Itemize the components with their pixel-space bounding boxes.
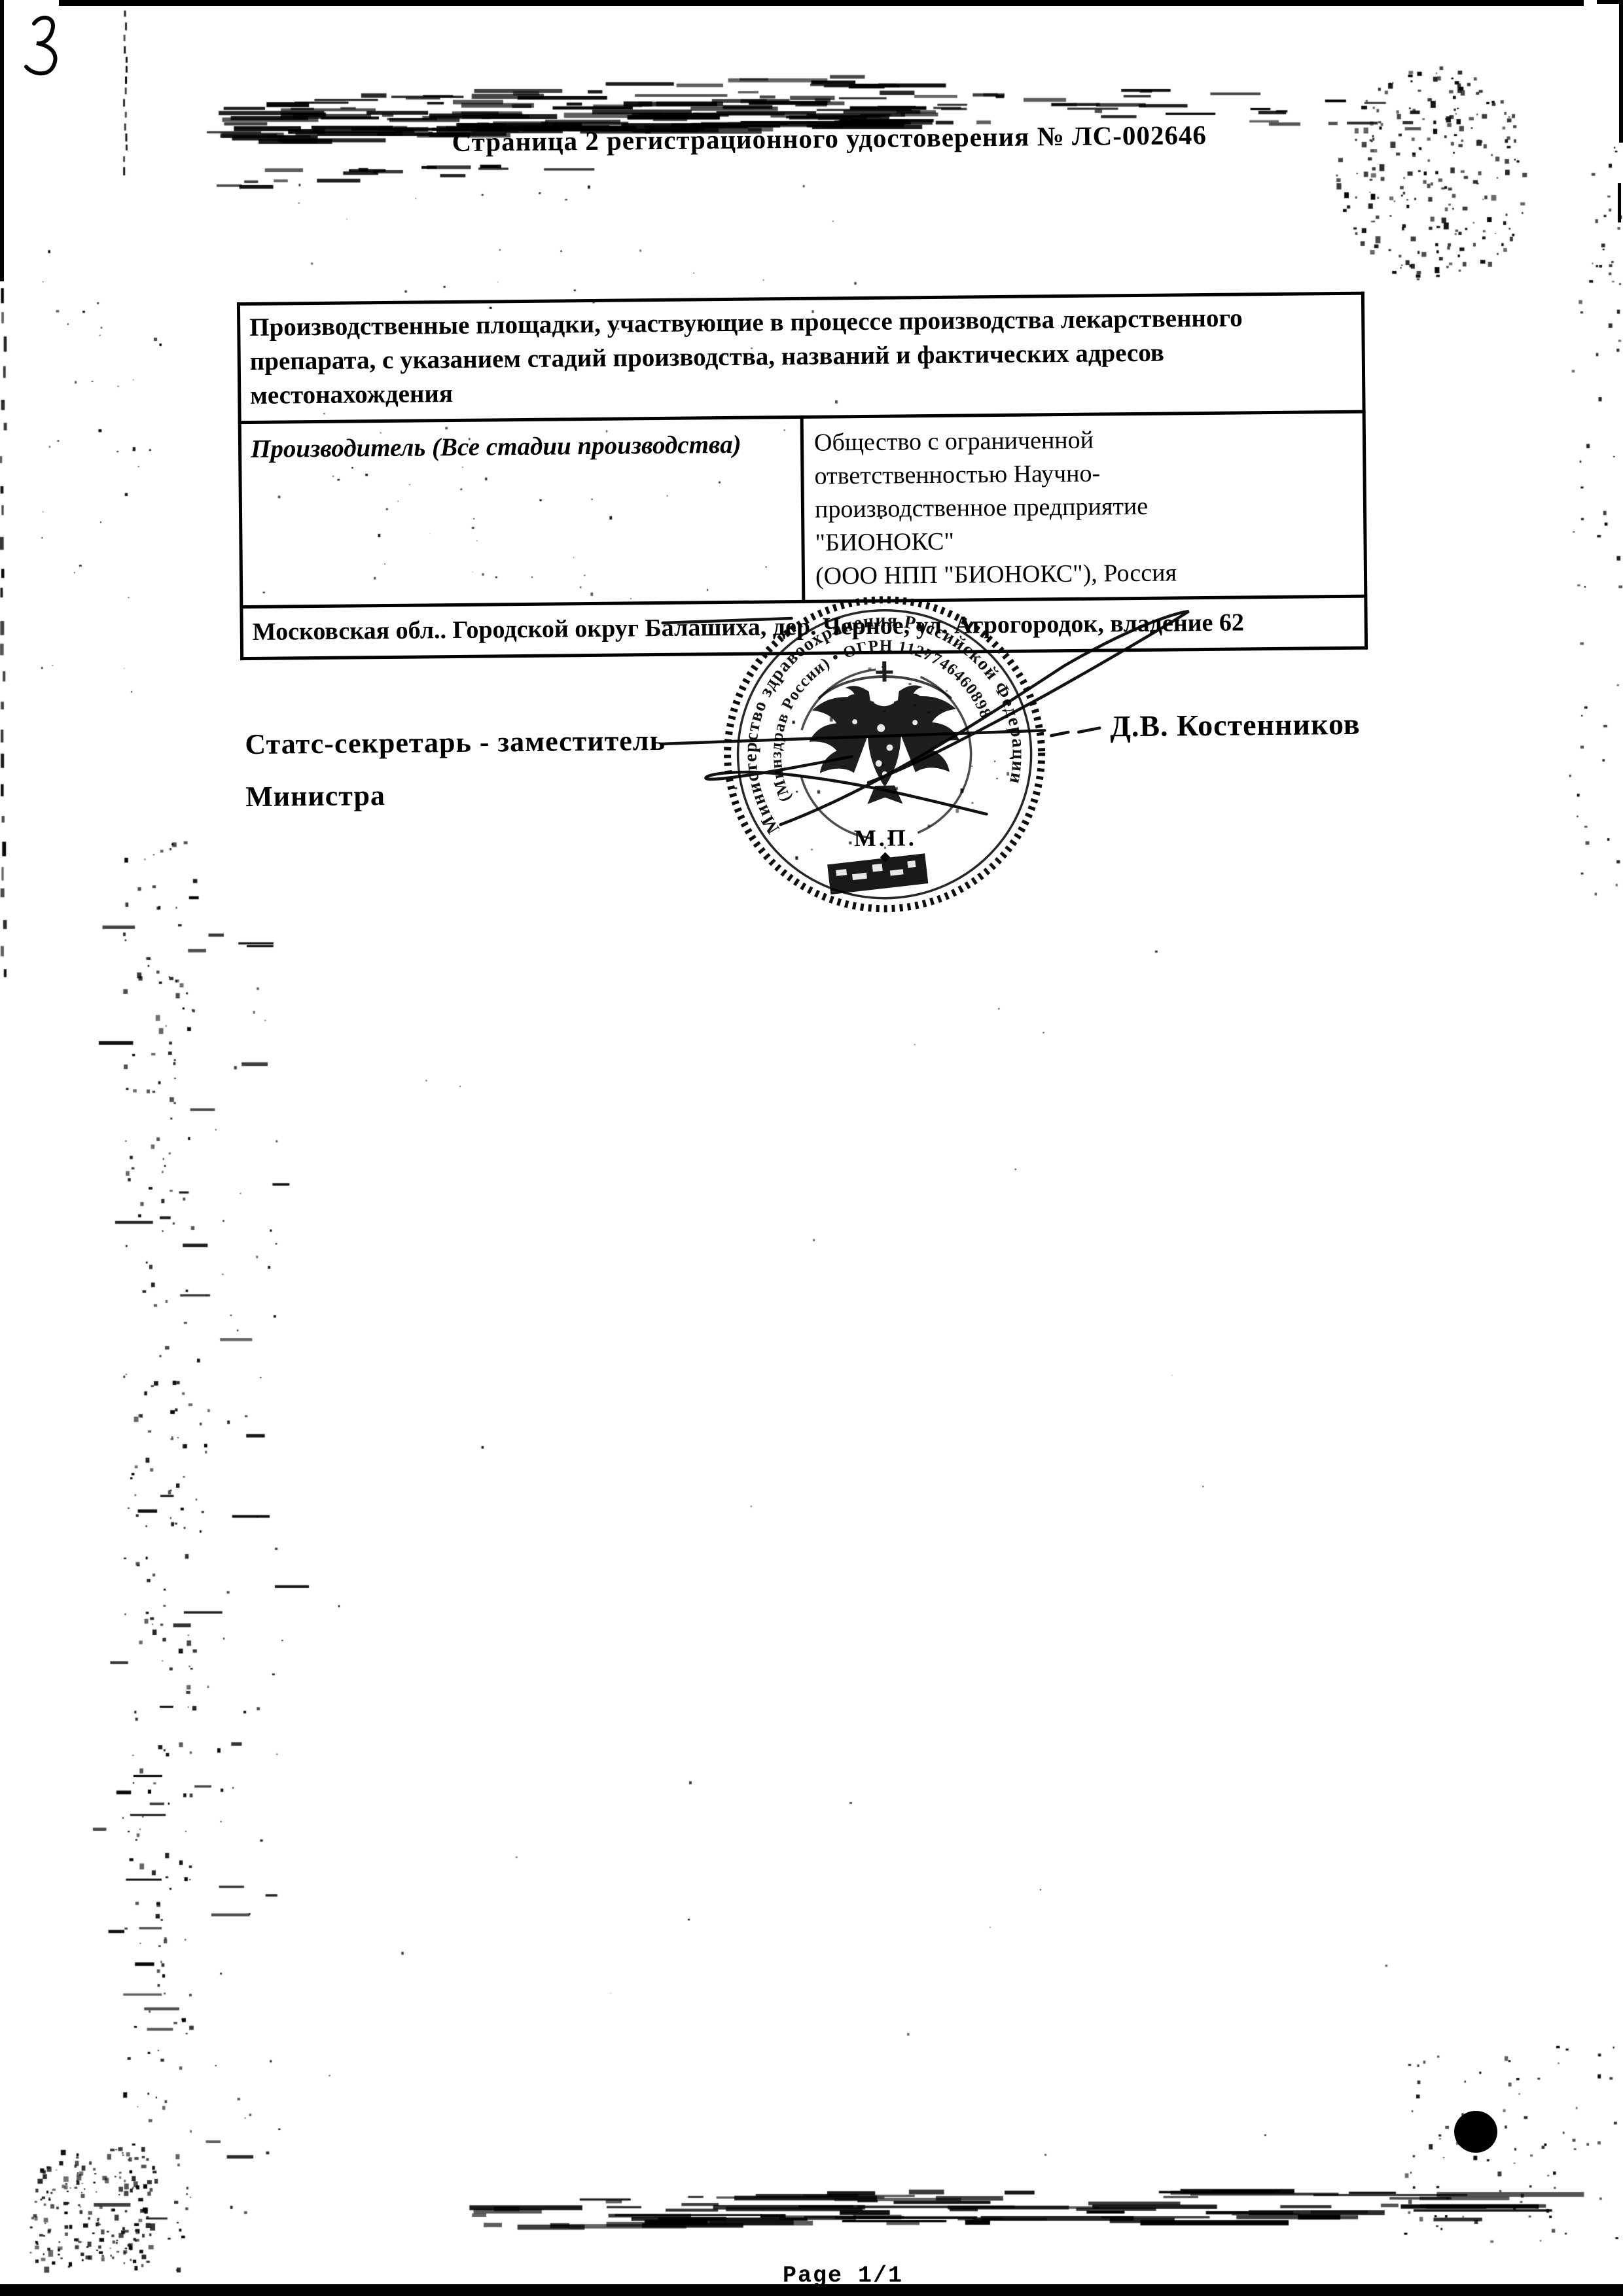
scanned-certificate-page: { "document": { "handwritten_page_mark":…: [0, 0, 1623, 2296]
signature-stroke: [1051, 728, 1099, 736]
ministry-round-stamp: Министерство здравоохранения Российской …: [657, 560, 1236, 932]
signer-position-line1: Статс-секретарь - заместитель: [245, 715, 666, 771]
producer-value-line: "БИОНОКС": [815, 521, 1357, 560]
signer-position: Статс-секретарь - заместитель Министра: [245, 715, 666, 823]
punch-hole-mark: [1454, 2111, 1497, 2153]
scan-top-edge: [59, 0, 1584, 6]
signature-stroke: [663, 618, 792, 623]
scan-left-edge: [0, 0, 4, 281]
page-header-note: Страница 2 регистрационного удостоверени…: [452, 119, 1207, 158]
handwritten-page-number: [9, 5, 75, 84]
stamp-mp-mark: М.П.: [854, 824, 917, 851]
page-content: Страница 2 регистрационного удостоверени…: [0, 0, 1623, 2296]
scan-right-edge: [1618, 183, 1621, 222]
eagle-emblem: [808, 661, 960, 805]
producer-value-line: Общество с ограниченной: [814, 421, 1356, 460]
table-row: Производственные площадки, участвующие в…: [238, 293, 1364, 422]
producer-value-line: производственное предприятие: [815, 488, 1357, 527]
signer-position-line2: Министра: [245, 767, 666, 823]
producer-value-line: ответственностью Научно-: [814, 455, 1356, 493]
table-header-cell: Производственные площадки, участвующие в…: [238, 293, 1364, 422]
scan-bottom-edge: [0, 2284, 1623, 2296]
stamp-banner: [827, 853, 928, 894]
scan-right-edge: [1619, 0, 1623, 143]
